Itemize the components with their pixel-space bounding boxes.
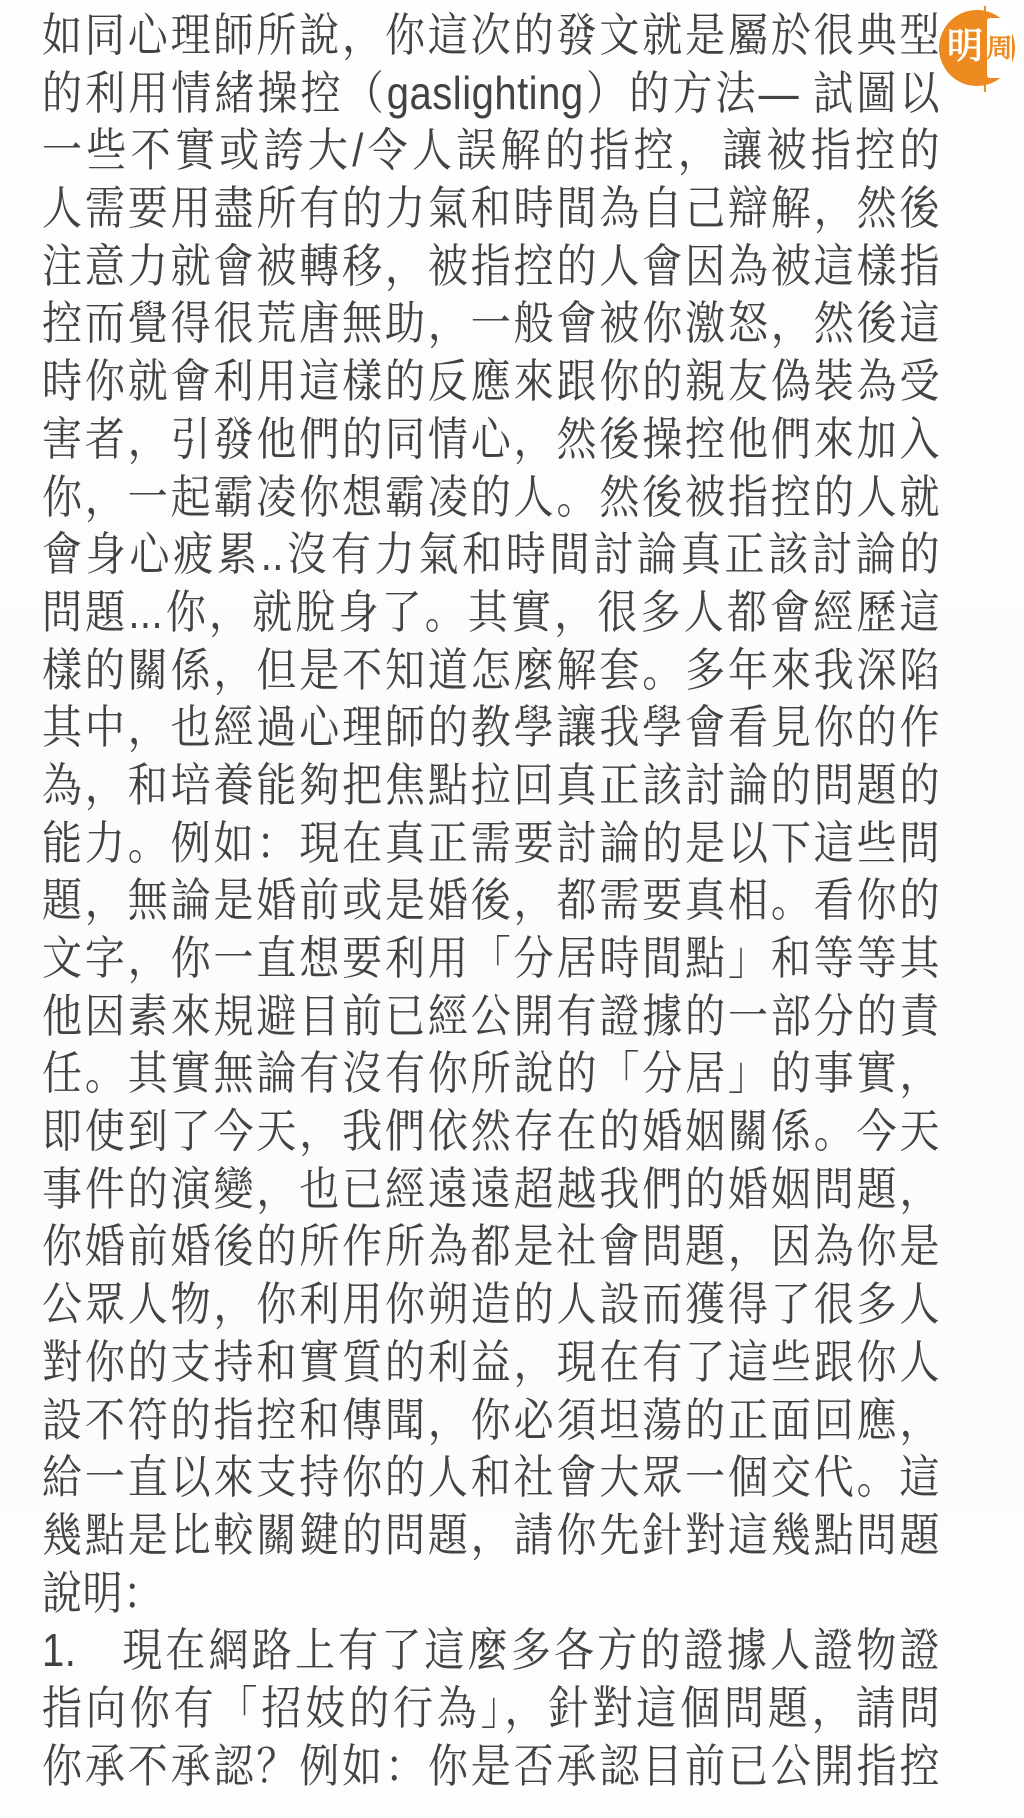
post-text: 如同心理師所說，你這次的發文就是屬於很典型 的利用情緒操控（gaslightin… xyxy=(42,8,940,1796)
text-line: 控而覺得很荒唐無助，一般會被你激怒，然後這 xyxy=(42,292,940,358)
text-line: 指向你有「招妓的行為」，針對這個問題，請問 xyxy=(42,1677,940,1743)
screenshot-page: 如同心理師所說，你這次的發文就是屬於很典型 的利用情緒操控（gaslightin… xyxy=(0,0,1024,1818)
text-line: 時你就會利用這樣的反應來跟你的親友偽裝為受 xyxy=(42,350,940,416)
text-line: 會身心疲累..沒有力氣和時間討論真正該討論的 xyxy=(42,523,940,589)
text-line: 害者，引發他們的同情心，然後操控他們來加入 xyxy=(42,407,940,473)
logo-char-ming: 明 xyxy=(947,28,983,64)
text-line: 一些不實或誇大/令人誤解的指控，讓被指控的 xyxy=(42,119,940,185)
text-line: 公眾人物，你利用你朔造的人設而獲得了很多人 xyxy=(42,1273,940,1339)
text-line: 對你的支持和實質的利益，現在有了這些跟你人 xyxy=(42,1330,940,1396)
text-line: 人需要用盡所有的力氣和時間為自己辯解，然後 xyxy=(42,177,940,243)
text-line: 問題...你，就脫身了。其實，很多人都會經歷這 xyxy=(42,581,940,647)
text-line: 為，和培養能夠把焦點拉回真正該討論的問題的 xyxy=(42,754,940,820)
text-line: 設不符的指控和傳聞，你必須坦蕩的正面回應， xyxy=(42,1388,940,1454)
text-line: 給一直以來支持你的人和社會大眾一個交代。這 xyxy=(42,1446,940,1512)
text-line: 1. 現在網路上有了這麼多各方的證據人證物證 xyxy=(42,1619,940,1685)
text-line: 其中，也經過心理師的教學讓我學會看見你的作 xyxy=(42,696,940,762)
text-line: 你承不承認？例如：你是否承認目前已公開指控 xyxy=(42,1734,940,1800)
logo-right-panel: 周 xyxy=(987,18,1012,78)
text-line: 幾點是比較關鍵的問題，請你先針對這幾點問題 xyxy=(42,1504,940,1570)
text-line: 如同心理師所說，你這次的發文就是屬於很典型 xyxy=(42,4,940,70)
text-line: 你，一起霸凌你想霸凌的人。然後被指控的人就 xyxy=(42,465,940,531)
text-line: 任。其實無論有沒有你所說的「分居」的事實， xyxy=(42,1042,940,1108)
logo-char-chou: 周 xyxy=(987,35,1013,61)
text-line: 即使到了今天，我們依然存在的婚姻關係。今天 xyxy=(42,1100,940,1166)
text-line: 你婚前婚後的所作所為都是社會問題，因為你是 xyxy=(42,1215,940,1281)
text-line: 題，無論是婚前或是婚後，都需要真相。看你的 xyxy=(42,869,940,935)
mingpao-weekly-logo: 明 周 xyxy=(938,6,1018,92)
text-line: 文字，你一直想要利用「分居時間點」和等等其 xyxy=(42,927,940,993)
text-line: 樣的關係，但是不知道怎麼解套。多年來我深陷 xyxy=(42,638,940,704)
text-line: 說明： xyxy=(42,1561,940,1627)
